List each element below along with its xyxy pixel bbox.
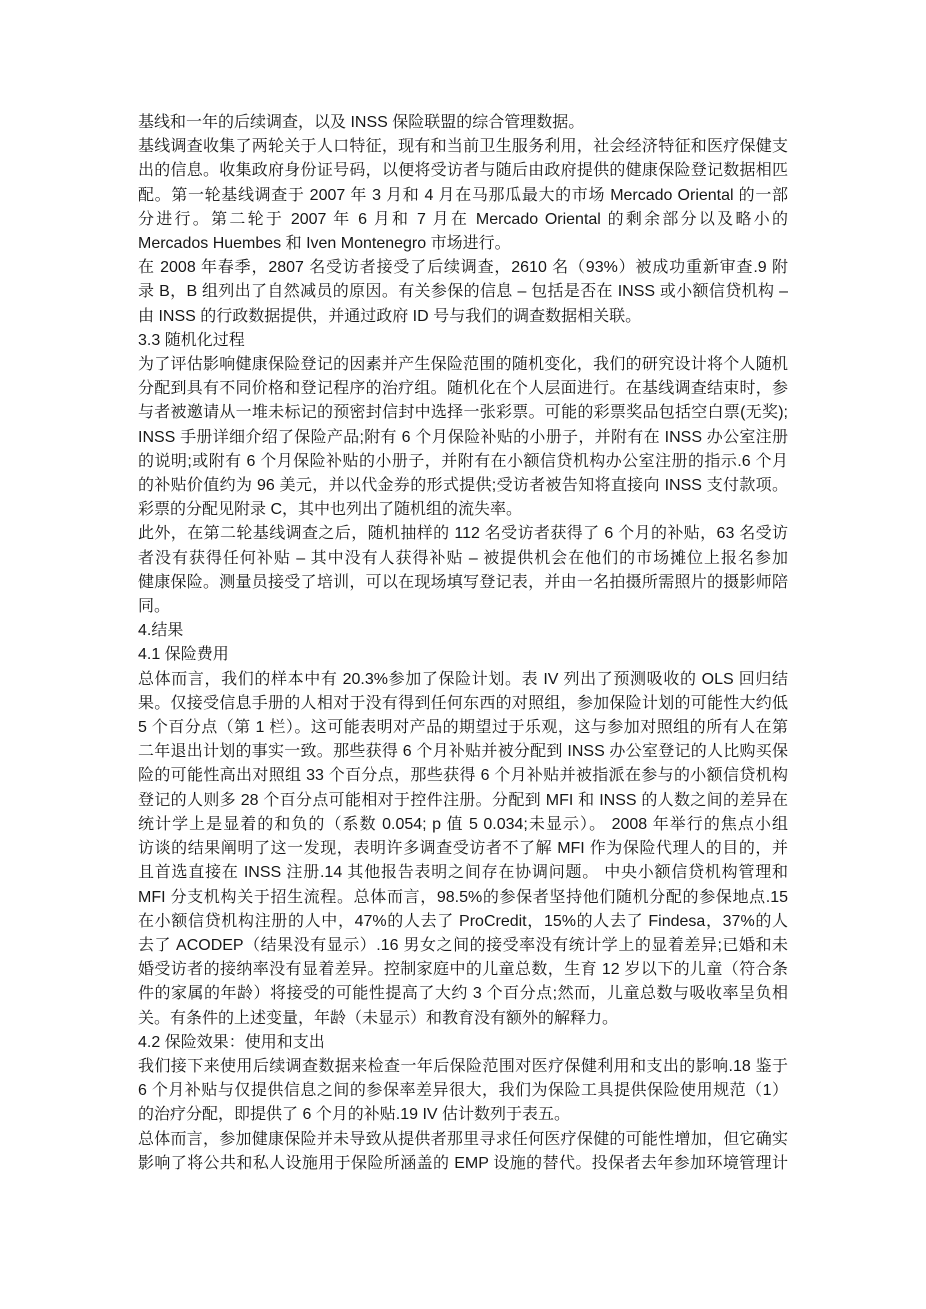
- text-line: 件的家属的年龄）将接受的可能性提高了大约 3 个百分点;然而，儿童总数与吸收率呈…: [138, 982, 788, 1006]
- text-line: 二年退出计划的事实一致。那些获得 6 个月补贴并被分配到 INSS 办公室登记的…: [138, 740, 788, 764]
- text-line: 总体而言，我们的样本中有 20.3%参加了保险计划。表 IV 列出了预测吸收的 …: [138, 668, 788, 692]
- text-line: 配。第一轮基线调查于 2007 年 3 月和 4 月在马那瓜最大的市场 Merc…: [138, 184, 788, 208]
- text-line: 果。仅接受信息手册的人相对于没有得到任何东西的对照组，参加保险计划的可能性大约低: [138, 692, 788, 716]
- text-line: 影响了将公共和私人设施用于保险所涵盖的 EMP 设施的替代。投保者去年参加环境管…: [138, 1152, 788, 1176]
- page-background: 基线和一年的后续调查，以及 INSS 保险联盟的综合管理数据。基线调查收集了两轮…: [0, 0, 926, 1309]
- text-line: 分进行。第二轮于 2007 年 6 月和 7 月在 Mercado Orient…: [138, 208, 788, 232]
- text-line: 我们接下来使用后续调查数据来检查一年后保险范围对医疗保健利用和支出的影响.18 …: [138, 1055, 788, 1079]
- text-line: 在 2008 年春季，2807 名受访者接受了后续调查，2610 名（93%）被…: [138, 256, 788, 280]
- text-line: 险的可能性高出对照组 33 个百分点，那些获得 6 个月补贴并被指派在参与的小额…: [138, 764, 788, 788]
- text-line: 在小额信贷机构注册的人中，47%的人去了 ProCredit，15%的人去了 F…: [138, 910, 788, 934]
- document-page: { "page": { "background": "#ffffff", "te…: [0, 0, 926, 1309]
- text-line: INSS 手册详细介绍了保险产品;附有 6 个月保险补贴的小册子，并附有在 IN…: [138, 426, 788, 450]
- text-line: Mercados Huembes 和 Iven Montenegro 市场进行。: [138, 232, 788, 256]
- text-line: 6 个月补贴与仅提供信息之间的参保率差异很大，我们为保险工具提供保险使用规范（1…: [138, 1079, 788, 1103]
- text-line: 录 B，B 组列出了自然减员的原因。有关参保的信息 – 包括是否在 INSS 或…: [138, 280, 788, 304]
- text-line: 由 INSS 的行政数据提供，并通过政府 ID 号与我们的调查数据相关联。: [138, 305, 788, 329]
- text-line: 同。: [138, 595, 788, 619]
- section-heading: 4.1 保险费用: [138, 643, 788, 667]
- text-line: 此外，在第二轮基线调查之后，随机抽样的 112 名受访者获得了 6 个月的补贴，…: [138, 522, 788, 546]
- text-line: 的说明;或附有 6 个月保险补贴的小册子，并附有在小额信贷机构办公室注册的指示.…: [138, 450, 788, 474]
- section-heading: 4.2 保险效果：使用和支出: [138, 1031, 788, 1055]
- text-line: 出的信息。收集政府身份证号码，以便将受访者与随后由政府提供的健康保险登记数据相匹: [138, 159, 788, 183]
- text-line: 健康保险。测量员接受了培训，可以在现场填写登记表，并由一名拍摄所需照片的摄影师陪: [138, 571, 788, 595]
- text-line: 关。有条件的上述变量，年龄（未显示）和教育没有额外的解释力。: [138, 1007, 788, 1031]
- text-line: 访谈的结果阐明了这一发现，表明许多调查受访者不了解 MFI 作为保险代理人的目的…: [138, 837, 788, 861]
- text-line: 分配到具有不同价格和登记程序的治疗组。随机化在个人层面进行。在基线调查结束时，参: [138, 377, 788, 401]
- text-line: 总体而言，参加健康保险并未导致从提供者那里寻求任何医疗保健的可能性增加，但它确实: [138, 1128, 788, 1152]
- section-heading: 4.结果: [138, 619, 788, 643]
- text-line: 的治疗分配，即提供了 6 个月的补贴.19 IV 估计数列于表五。: [138, 1103, 788, 1127]
- document-body: 基线和一年的后续调查，以及 INSS 保险联盟的综合管理数据。基线调查收集了两轮…: [138, 111, 788, 1176]
- text-line: 婚受访者的接纳率没有显着差异。控制家庭中的儿童总数，生育 12 岁以下的儿童（符…: [138, 958, 788, 982]
- text-line: 者没有获得任何补贴 – 其中没有人获得补贴 – 被提供机会在他们的市场摊位上报名…: [138, 547, 788, 571]
- text-line: 与者被邀请从一堆未标记的预密封信封中选择一张彩票。可能的彩票奖品包括空白票(无奖…: [138, 401, 788, 425]
- text-line: 的补贴价值约为 96 美元，并以代金券的形式提供;受访者被告知将直接向 INSS…: [138, 474, 788, 498]
- text-line: 5 个百分点（第 1 栏）。这可能表明对产品的期望过于乐观，这与参加对照组的所有…: [138, 716, 788, 740]
- text-line: 登记的人则多 28 个百分点可能相对于控件注册。分配到 MFI 和 INSS 的…: [138, 789, 788, 813]
- text-line: 为了评估影响健康保险登记的因素并产生保险范围的随机变化，我们的研究设计将个人随机: [138, 353, 788, 377]
- section-heading: 3.3 随机化过程: [138, 329, 788, 353]
- text-line: 去了 ACODEP（结果没有显示）.16 男女之间的接受率没有统计学上的显着差异…: [138, 934, 788, 958]
- text-line: 基线调查收集了两轮关于人口特征，现有和当前卫生服务利用，社会经济特征和医疗保健支: [138, 135, 788, 159]
- text-line: 基线和一年的后续调查，以及 INSS 保险联盟的综合管理数据。: [138, 111, 788, 135]
- text-line: 且首选直接在 INSS 注册.14 其他报告表明之间存在协调问题。 中央小额信贷…: [138, 861, 788, 885]
- text-line: MFI 分支机构关于招生流程。总体而言，98.5%的参保者坚持他们随机分配的参保…: [138, 886, 788, 910]
- text-line: 统计学上是显着的和负的（系数 0.054; p 值 5 0.034;未显示）。 …: [138, 813, 788, 837]
- text-line: 彩票的分配见附录 C，其中也列出了随机组的流失率。: [138, 498, 788, 522]
